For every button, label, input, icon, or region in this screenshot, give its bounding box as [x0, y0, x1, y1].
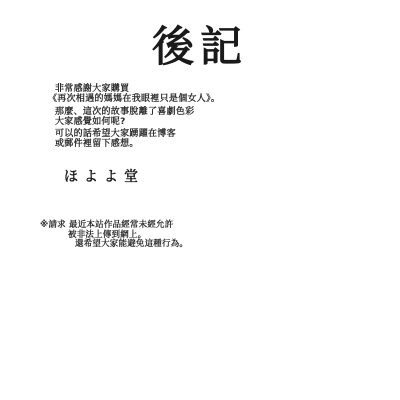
story-comment-paragraph: 那麼、這次的故事脫離了喜劇色彩 大家感覺如何呢?: [55, 108, 195, 127]
page-title: 後記: [0, 26, 400, 68]
piracy-notice-line-3: 還希望大家能避免這種行為。: [75, 240, 188, 250]
piracy-notice: ※請求 最近本站作品經常未經允許 被非法上傳到網上。 還希望大家能避免這種行為。: [40, 221, 188, 250]
afterword-page: 後記 非常感謝大家購買 《再次相遇的媽媽在我眼裡只是個女人》。 那麼、這次的故事…: [0, 0, 400, 400]
thanks-paragraph: 非常感謝大家購買 《再次相遇的媽媽在我眼裡只是個女人》。: [55, 85, 220, 104]
feedback-request-line-2: 或郵件裡留下感想。: [55, 140, 176, 150]
story-question-line: 大家感覺如何呢?: [55, 118, 195, 128]
circle-name: ほよよ堂: [64, 166, 144, 186]
book-title-line: 《再次相遇的媽媽在我眼裡只是個女人》。: [48, 95, 220, 105]
feedback-request-paragraph: 可以的話希望大家踴躍在博客 或郵件裡留下感想。: [55, 130, 176, 149]
